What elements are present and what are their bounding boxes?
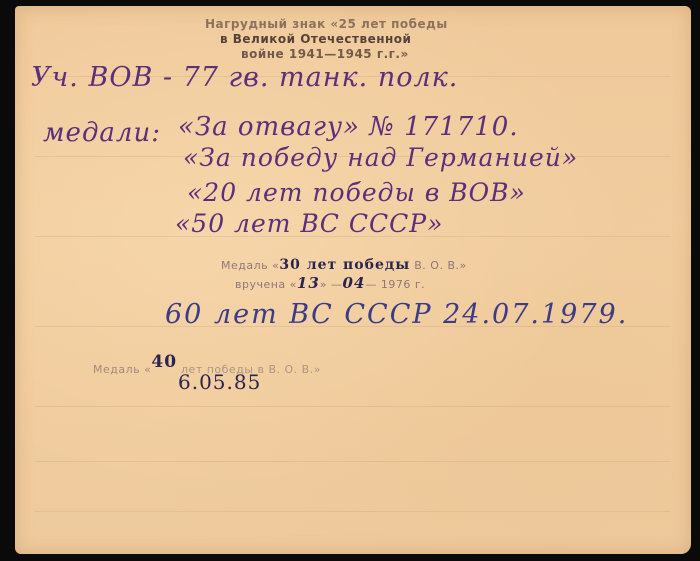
handwritten-month: 04 (343, 274, 366, 292)
stamp-prefix: Медаль « (93, 363, 151, 376)
stamp-separator: » — (320, 278, 343, 291)
printed-header-line3: войне 1941—1945 г.г.» (241, 47, 409, 61)
handwritten-date: 6.05.85 (178, 370, 261, 394)
handwritten-day: 13 (297, 274, 320, 292)
medal-item: «За отвагу» № 171710. (178, 112, 519, 142)
paper-rule (35, 406, 671, 407)
paper-rule (35, 511, 671, 512)
stamp-prefix: Медаль « (221, 259, 279, 272)
medal-item: «50 лет ВС СССР» (175, 209, 443, 238)
handwritten-number: 40 (151, 352, 177, 372)
medal-item: «За победу над Германией» (183, 143, 578, 172)
medals-label: медали: (43, 118, 161, 148)
paper-rule (35, 461, 671, 462)
stamp-year: — 1976 г. (365, 278, 425, 291)
stamp-awarded-label: вручена « (235, 278, 297, 291)
medal-item: «20 лет победы в ВОВ» (187, 178, 526, 207)
handwritten-unit: Уч. ВОВ - 77 гв. танк. полк. (31, 62, 458, 93)
stamp-medal-30-line2: вручена «13» —04— 1976 г. (235, 274, 425, 293)
stamp-medal-30-line1: Медаль «30 лет победы В. О. В.» (221, 256, 467, 274)
handwritten-60-years-medal: 60 лет ВС СССР 24.07.1979. (165, 299, 628, 330)
printed-header-line2: в Великой Отечественной (220, 32, 411, 46)
printed-header-line1: Нагрудный знак «25 лет победы (205, 17, 448, 31)
stamp-suffix: В. О. В.» (410, 259, 466, 272)
document-card: Нагрудный знак «25 лет победы в Великой … (15, 6, 691, 554)
handwritten-medal-name: 30 лет победы (279, 257, 410, 273)
